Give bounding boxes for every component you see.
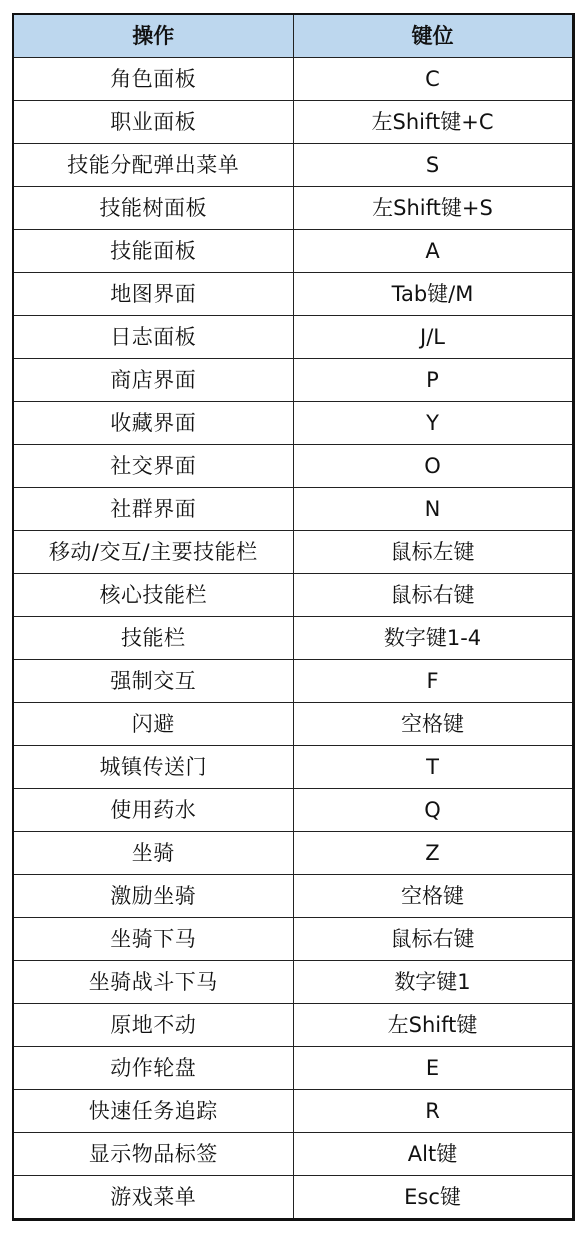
table-row: 技能分配弹出菜单S: [13, 144, 573, 187]
key-cell: E: [293, 1047, 573, 1090]
action-cell: 动作轮盘: [13, 1047, 293, 1090]
action-cell: 坐骑战斗下马: [13, 961, 293, 1004]
table-row: 游戏菜单Esc键: [13, 1176, 573, 1220]
table-row: 技能面板A: [13, 230, 573, 273]
action-cell: 城镇传送门: [13, 746, 293, 789]
key-cell: 左Shift键: [293, 1004, 573, 1047]
table-row: 快速任务追踪R: [13, 1090, 573, 1133]
action-cell: 技能分配弹出菜单: [13, 144, 293, 187]
action-cell: 闪避: [13, 703, 293, 746]
table-row: 动作轮盘E: [13, 1047, 573, 1090]
key-cell: 鼠标右键: [293, 918, 573, 961]
key-cell: T: [293, 746, 573, 789]
table-row: 坐骑Z: [13, 832, 573, 875]
table-row: 职业面板左Shift键+C: [13, 101, 573, 144]
action-cell: 移动/交互/主要技能栏: [13, 531, 293, 574]
action-cell: 核心技能栏: [13, 574, 293, 617]
table-row: 强制交互F: [13, 660, 573, 703]
table-row: 原地不动左Shift键: [13, 1004, 573, 1047]
table-row: 社群界面N: [13, 488, 573, 531]
table-row: 激励坐骑空格键: [13, 875, 573, 918]
key-cell: 数字键1-4: [293, 617, 573, 660]
action-cell: 原地不动: [13, 1004, 293, 1047]
table-row: 闪避空格键: [13, 703, 573, 746]
key-cell: P: [293, 359, 573, 402]
action-cell: 快速任务追踪: [13, 1090, 293, 1133]
table-row: 地图界面Tab键/M: [13, 273, 573, 316]
table-row: 显示物品标签Alt键: [13, 1133, 573, 1176]
table-row: 商店界面P: [13, 359, 573, 402]
key-cell: 左Shift键+C: [293, 101, 573, 144]
action-cell: 坐骑: [13, 832, 293, 875]
key-cell: A: [293, 230, 573, 273]
action-cell: 激励坐骑: [13, 875, 293, 918]
key-cell: Z: [293, 832, 573, 875]
table-row: 核心技能栏鼠标右键: [13, 574, 573, 617]
action-cell: 地图界面: [13, 273, 293, 316]
action-cell: 技能面板: [13, 230, 293, 273]
action-cell: 社交界面: [13, 445, 293, 488]
key-cell: Alt键: [293, 1133, 573, 1176]
key-cell: 空格键: [293, 703, 573, 746]
key-cell: R: [293, 1090, 573, 1133]
header-action: 操作: [13, 14, 293, 58]
key-cell: C: [293, 58, 573, 101]
key-cell: 鼠标左键: [293, 531, 573, 574]
key-cell: S: [293, 144, 573, 187]
action-cell: 收藏界面: [13, 402, 293, 445]
keybinding-table-container: 操作 键位 角色面板C 职业面板左Shift键+C 技能分配弹出菜单S 技能树面…: [12, 13, 572, 1221]
keybinding-table: 操作 键位 角色面板C 职业面板左Shift键+C 技能分配弹出菜单S 技能树面…: [12, 13, 575, 1221]
action-cell: 日志面板: [13, 316, 293, 359]
key-cell: Y: [293, 402, 573, 445]
action-cell: 社群界面: [13, 488, 293, 531]
table-row: 使用药水Q: [13, 789, 573, 832]
action-cell: 职业面板: [13, 101, 293, 144]
table-body: 角色面板C 职业面板左Shift键+C 技能分配弹出菜单S 技能树面板左Shif…: [13, 58, 573, 1220]
table-row: 日志面板J/L: [13, 316, 573, 359]
key-cell: Tab键/M: [293, 273, 573, 316]
table-row: 坐骑战斗下马数字键1: [13, 961, 573, 1004]
key-cell: N: [293, 488, 573, 531]
header-row: 操作 键位: [13, 14, 573, 58]
table-row: 技能树面板左Shift键+S: [13, 187, 573, 230]
action-cell: 游戏菜单: [13, 1176, 293, 1220]
action-cell: 强制交互: [13, 660, 293, 703]
key-cell: 左Shift键+S: [293, 187, 573, 230]
header-key: 键位: [293, 14, 573, 58]
key-cell: O: [293, 445, 573, 488]
table-row: 收藏界面Y: [13, 402, 573, 445]
table-row: 角色面板C: [13, 58, 573, 101]
key-cell: 空格键: [293, 875, 573, 918]
key-cell: Esc键: [293, 1176, 573, 1220]
table-row: 社交界面O: [13, 445, 573, 488]
key-cell: J/L: [293, 316, 573, 359]
key-cell: 数字键1: [293, 961, 573, 1004]
action-cell: 技能树面板: [13, 187, 293, 230]
key-cell: Q: [293, 789, 573, 832]
table-row: 坐骑下马鼠标右键: [13, 918, 573, 961]
action-cell: 技能栏: [13, 617, 293, 660]
table-row: 移动/交互/主要技能栏鼠标左键: [13, 531, 573, 574]
key-cell: 鼠标右键: [293, 574, 573, 617]
action-cell: 显示物品标签: [13, 1133, 293, 1176]
table-row: 城镇传送门T: [13, 746, 573, 789]
action-cell: 使用药水: [13, 789, 293, 832]
action-cell: 坐骑下马: [13, 918, 293, 961]
action-cell: 角色面板: [13, 58, 293, 101]
table-row: 技能栏数字键1-4: [13, 617, 573, 660]
action-cell: 商店界面: [13, 359, 293, 402]
key-cell: F: [293, 660, 573, 703]
